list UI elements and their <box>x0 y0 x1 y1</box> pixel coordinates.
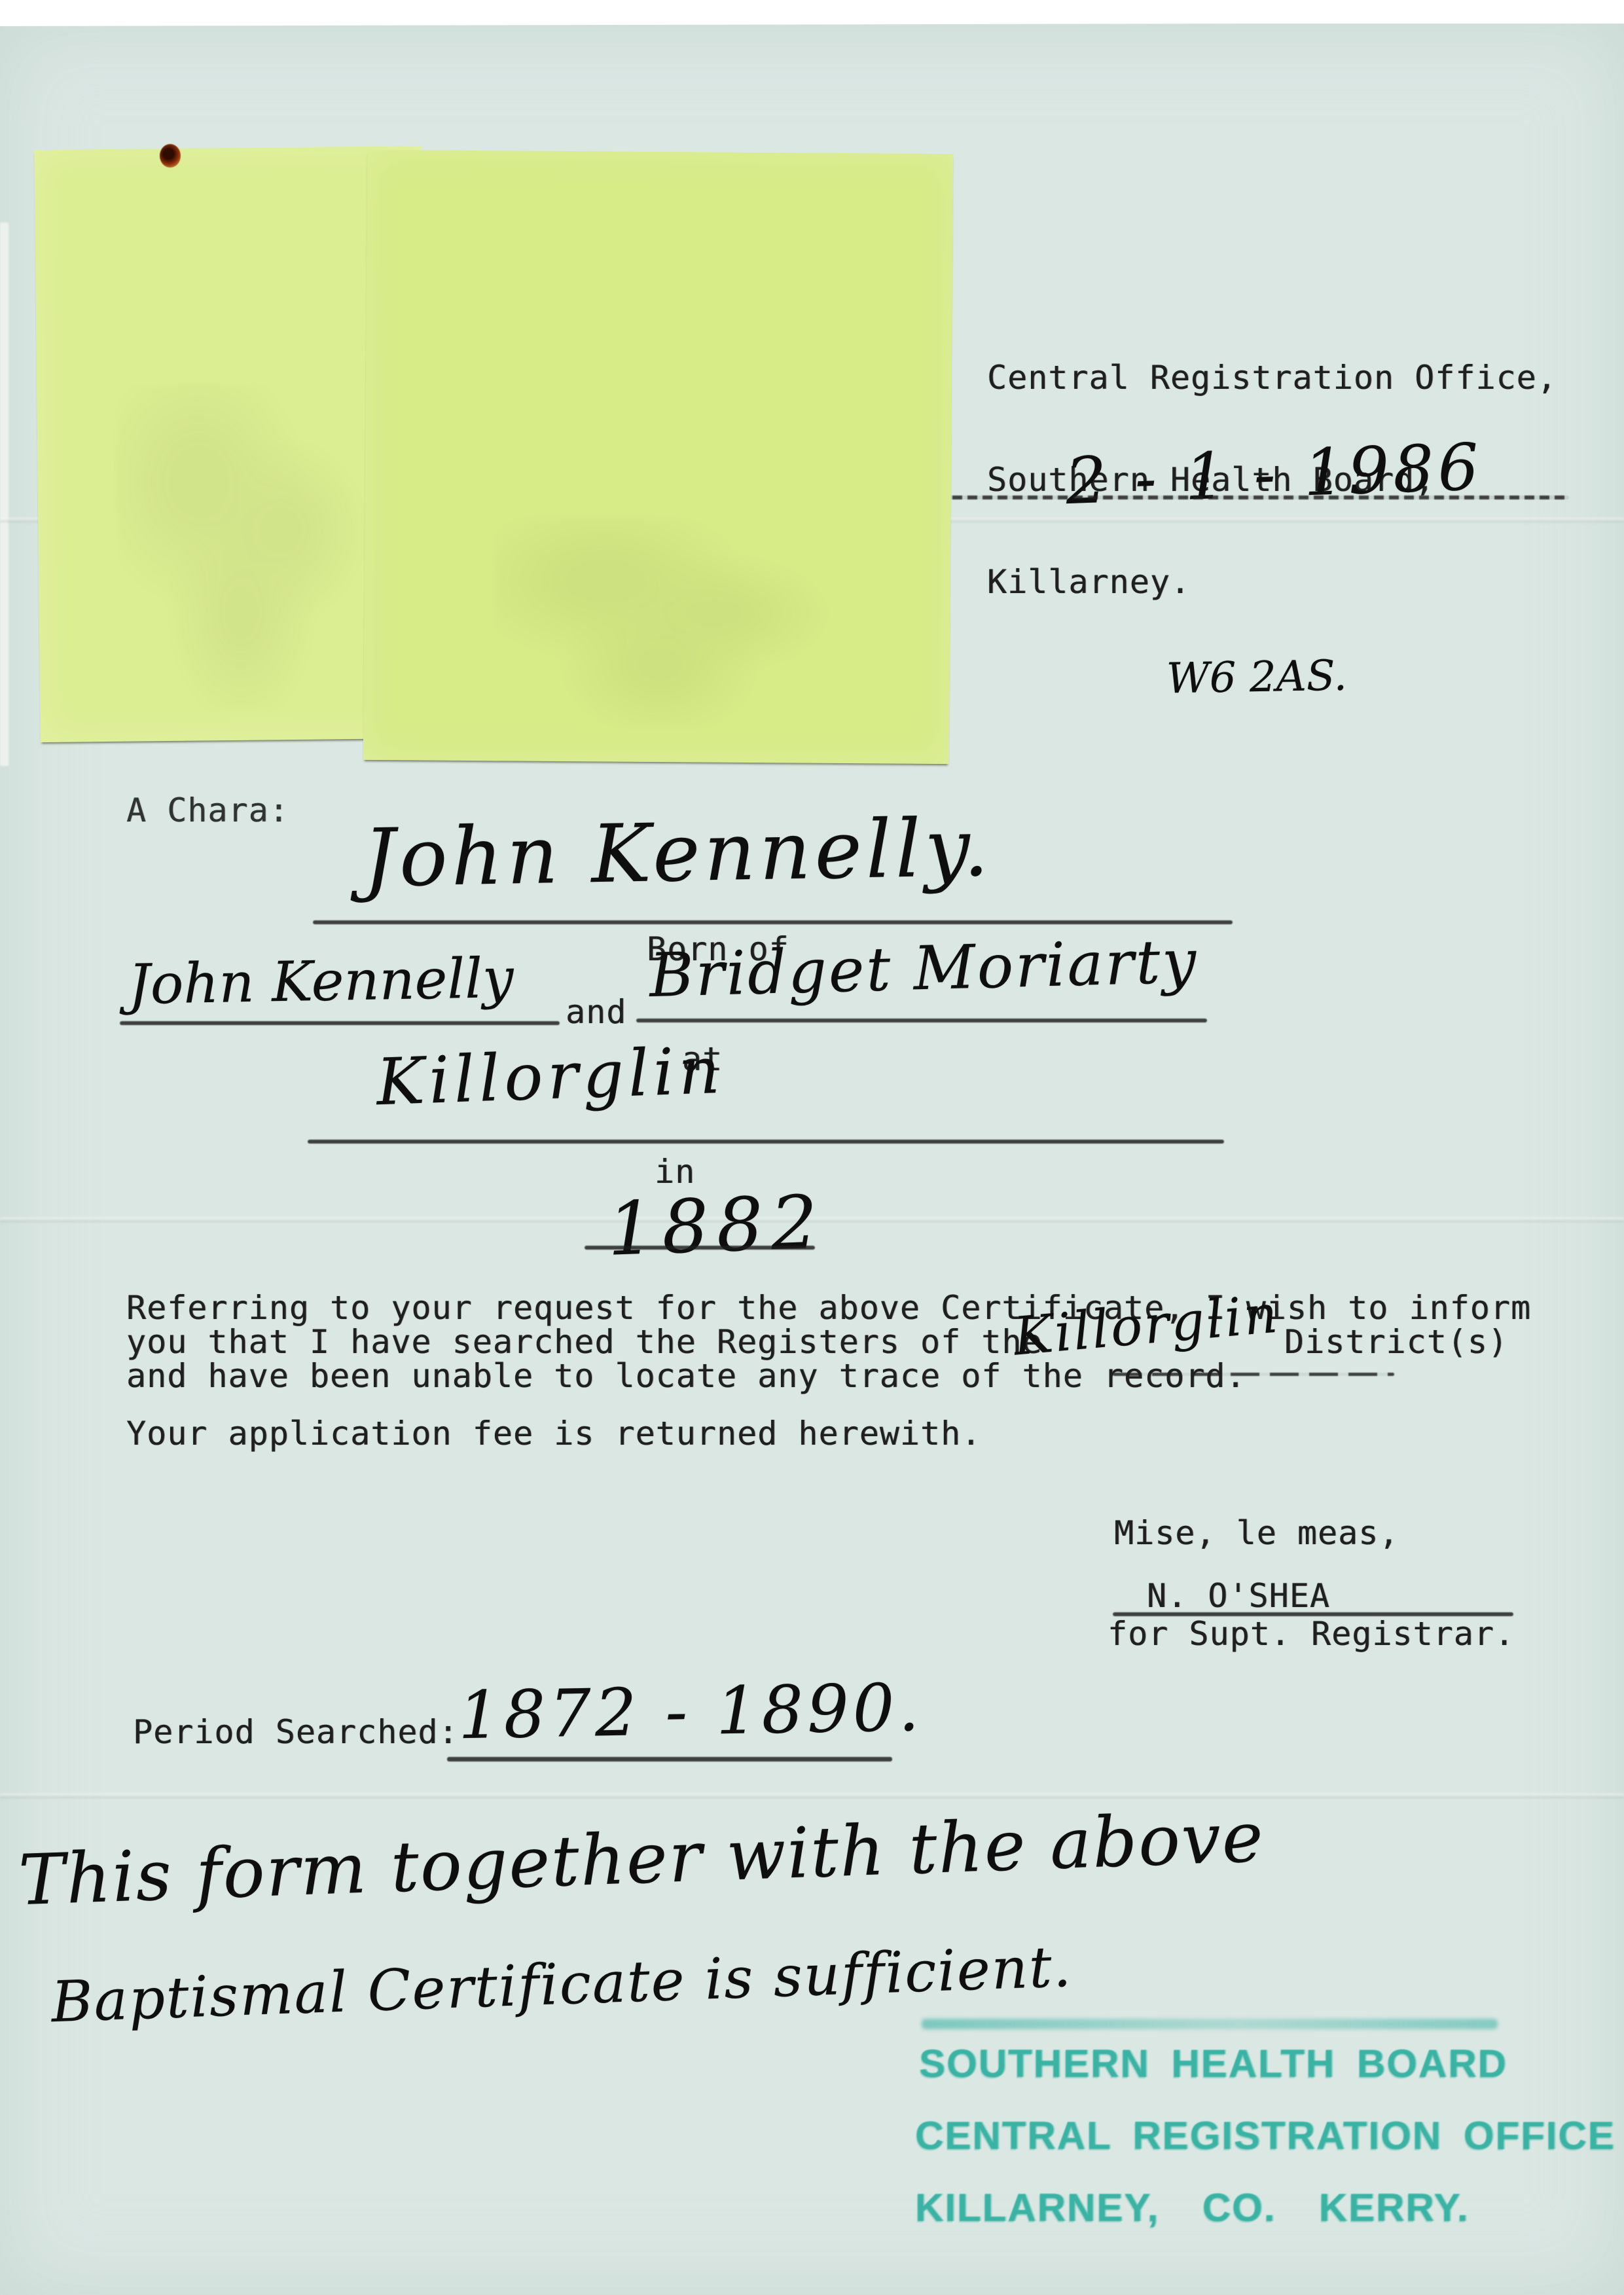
paper-crease <box>0 1794 1624 1798</box>
paper-edge-left <box>0 223 9 766</box>
sticky-note-right <box>363 150 953 764</box>
signatory-name: N. O'SHEA <box>1147 1579 1330 1613</box>
scanner-edge-top <box>0 0 1624 26</box>
name-underline <box>313 920 1233 924</box>
mother-name-handwritten: Bridget Moriarty <box>649 926 1199 1011</box>
body-line1: Referring to your request for the above … <box>126 1291 1531 1325</box>
salutation: A Chara: <box>126 793 289 827</box>
fee-line: Your application fee is returned herewit… <box>126 1417 981 1451</box>
stamp-line2: CENTRAL REGISTRATION OFFICE <box>915 2113 1615 2158</box>
signatory-role: for Supt. Registrar. <box>1108 1617 1515 1651</box>
stamp-smudge <box>922 2019 1498 2029</box>
body-line2-before: you that I have searched the Registers o… <box>126 1325 1043 1359</box>
year-handwritten: 1882 <box>606 1180 827 1273</box>
period-searched-handwritten: 1872 - 1890. <box>458 1669 924 1754</box>
period-underline <box>447 1757 892 1762</box>
and-label: and <box>566 995 626 1029</box>
year-underline <box>585 1246 815 1250</box>
place-underline <box>308 1140 1224 1144</box>
date-handwritten: 2 - 1 - 1986 <box>1064 430 1484 519</box>
stamp-line1: SOUTHERN HEALTH BOARD <box>919 2041 1507 2086</box>
place-handwritten: Killorglin <box>375 1034 725 1120</box>
stamp-line3: KILLARNEY, CO. KERRY. <box>915 2185 1470 2230</box>
period-searched-label: Period Searched: <box>133 1715 459 1749</box>
in-label: in <box>655 1155 695 1189</box>
scanned-letter-page: Central Registration Office, Southern He… <box>0 0 1624 2295</box>
show-through-ghost <box>494 517 862 729</box>
pin-mark <box>160 144 181 168</box>
letterhead-line3: Killarney. <box>987 565 1557 599</box>
certificate-name-handwritten: John Kennelly. <box>363 801 994 905</box>
valediction: Mise, le meas, <box>1114 1516 1399 1550</box>
postcode-handwritten: W6 2AS. <box>1166 652 1347 704</box>
show-through-ghost <box>115 382 393 712</box>
body-line3: and have been unable to locate any trace… <box>126 1359 1246 1393</box>
father-underline <box>120 1021 560 1025</box>
mother-underline <box>636 1019 1207 1022</box>
date-underline <box>937 496 1569 499</box>
body-line2-after: District(s) <box>1284 1325 1508 1359</box>
father-name-handwritten: John Kennelly <box>128 946 514 1017</box>
letterhead-line1: Central Registration Office, <box>987 361 1557 395</box>
